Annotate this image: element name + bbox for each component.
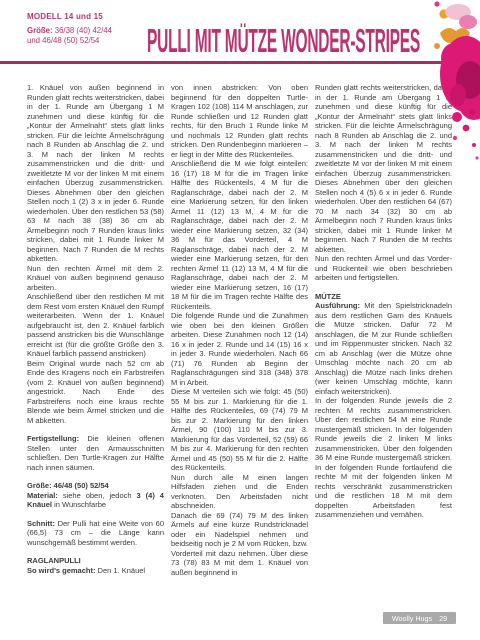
paragraph: Nun durch alle M einen langen Hilfsfaden… [171, 473, 308, 511]
size-info: Größe: 36/38 (40) 42/44 und 46/48 (50) 5… [27, 26, 112, 46]
paragraph: von innen abstricken: Von oben beginnend… [171, 83, 308, 159]
page-title: PULLI MIT MÜTZE WONDER-STRIPES [147, 24, 480, 57]
paragraph: Die folgende Runde und die Zunahmen wie … [171, 311, 308, 387]
paragraph: So wird's gemacht: Den 1. Knäuel [27, 566, 164, 576]
footer-page-number: 29 [439, 614, 447, 623]
text-columns: 1. Knäuel von außen beginnend in Runden … [27, 83, 452, 577]
text-column: 1. Knäuel von außen beginnend in Runden … [27, 83, 164, 577]
size-label: Größe: [27, 26, 53, 35]
size-line-1: Größe: 36/38 (40) 42/44 [27, 26, 112, 36]
paragraph: Fertigstellung: Die kleinen offenen Stel… [27, 434, 164, 472]
paragraph: Anschließend die M wie folgt einteilen: … [171, 159, 308, 311]
paragraph: Nun den rechten Ärmel mit dem 2. Knäuel … [27, 264, 164, 293]
paragraph: Beim Original wurde nach 52 cm ab Ende d… [27, 359, 164, 426]
header-divider [0, 61, 480, 64]
paragraph: Nun den rechten Ärmel und das Vorder- un… [315, 254, 452, 283]
paragraph: Danach die 69 (74) 79 M des linken Ärmel… [171, 511, 308, 578]
paragraph: Schnitt: Der Pulli hat eine Weite von 60… [27, 519, 164, 548]
page-title-text: PULLI MIT MÜTZE WONDER-STRIPES [147, 24, 420, 57]
size-values-1: 36/38 (40) 42/44 [55, 26, 112, 35]
paragraph: Ausführung: Mit den Spielstricknadeln au… [315, 301, 452, 396]
paragraph: RAGLANPULLI [27, 556, 164, 566]
header-left-block: MODELL 14 und 15 Größe: 36/38 (40) 42/44… [27, 12, 112, 46]
paragraph: 1. Knäuel von außen beginnend in Runden … [27, 83, 164, 264]
paragraph: Anschließend über den restlichen M mit d… [27, 292, 164, 359]
size-line-2: und 46/48 (50) 52/54 [27, 36, 112, 46]
model-label: MODELL 14 und 15 [27, 12, 112, 21]
paragraph: Material: siehe oben, jedoch 3 (4) 4 Knä… [27, 491, 164, 510]
text-column: von innen abstricken: Von oben beginnend… [171, 83, 308, 577]
paragraph: In der folgenden Runde jeweils die 2 rec… [315, 396, 452, 520]
text-column: Runden glatt rechts weiterstricken, dabe… [315, 83, 452, 577]
footer-page-badge: Woolly Hugs 29 [383, 612, 456, 624]
paragraph: Größe: 46/48 (50) 52/54 [27, 481, 164, 491]
paragraph: MÜTZE [315, 292, 452, 302]
paragraph: Runden glatt rechts weiterstricken, dabe… [315, 83, 452, 254]
paragraph: Diese M verteilen sich wie folgt: 45 (50… [171, 387, 308, 473]
footer-brand: Woolly Hugs [392, 614, 432, 623]
